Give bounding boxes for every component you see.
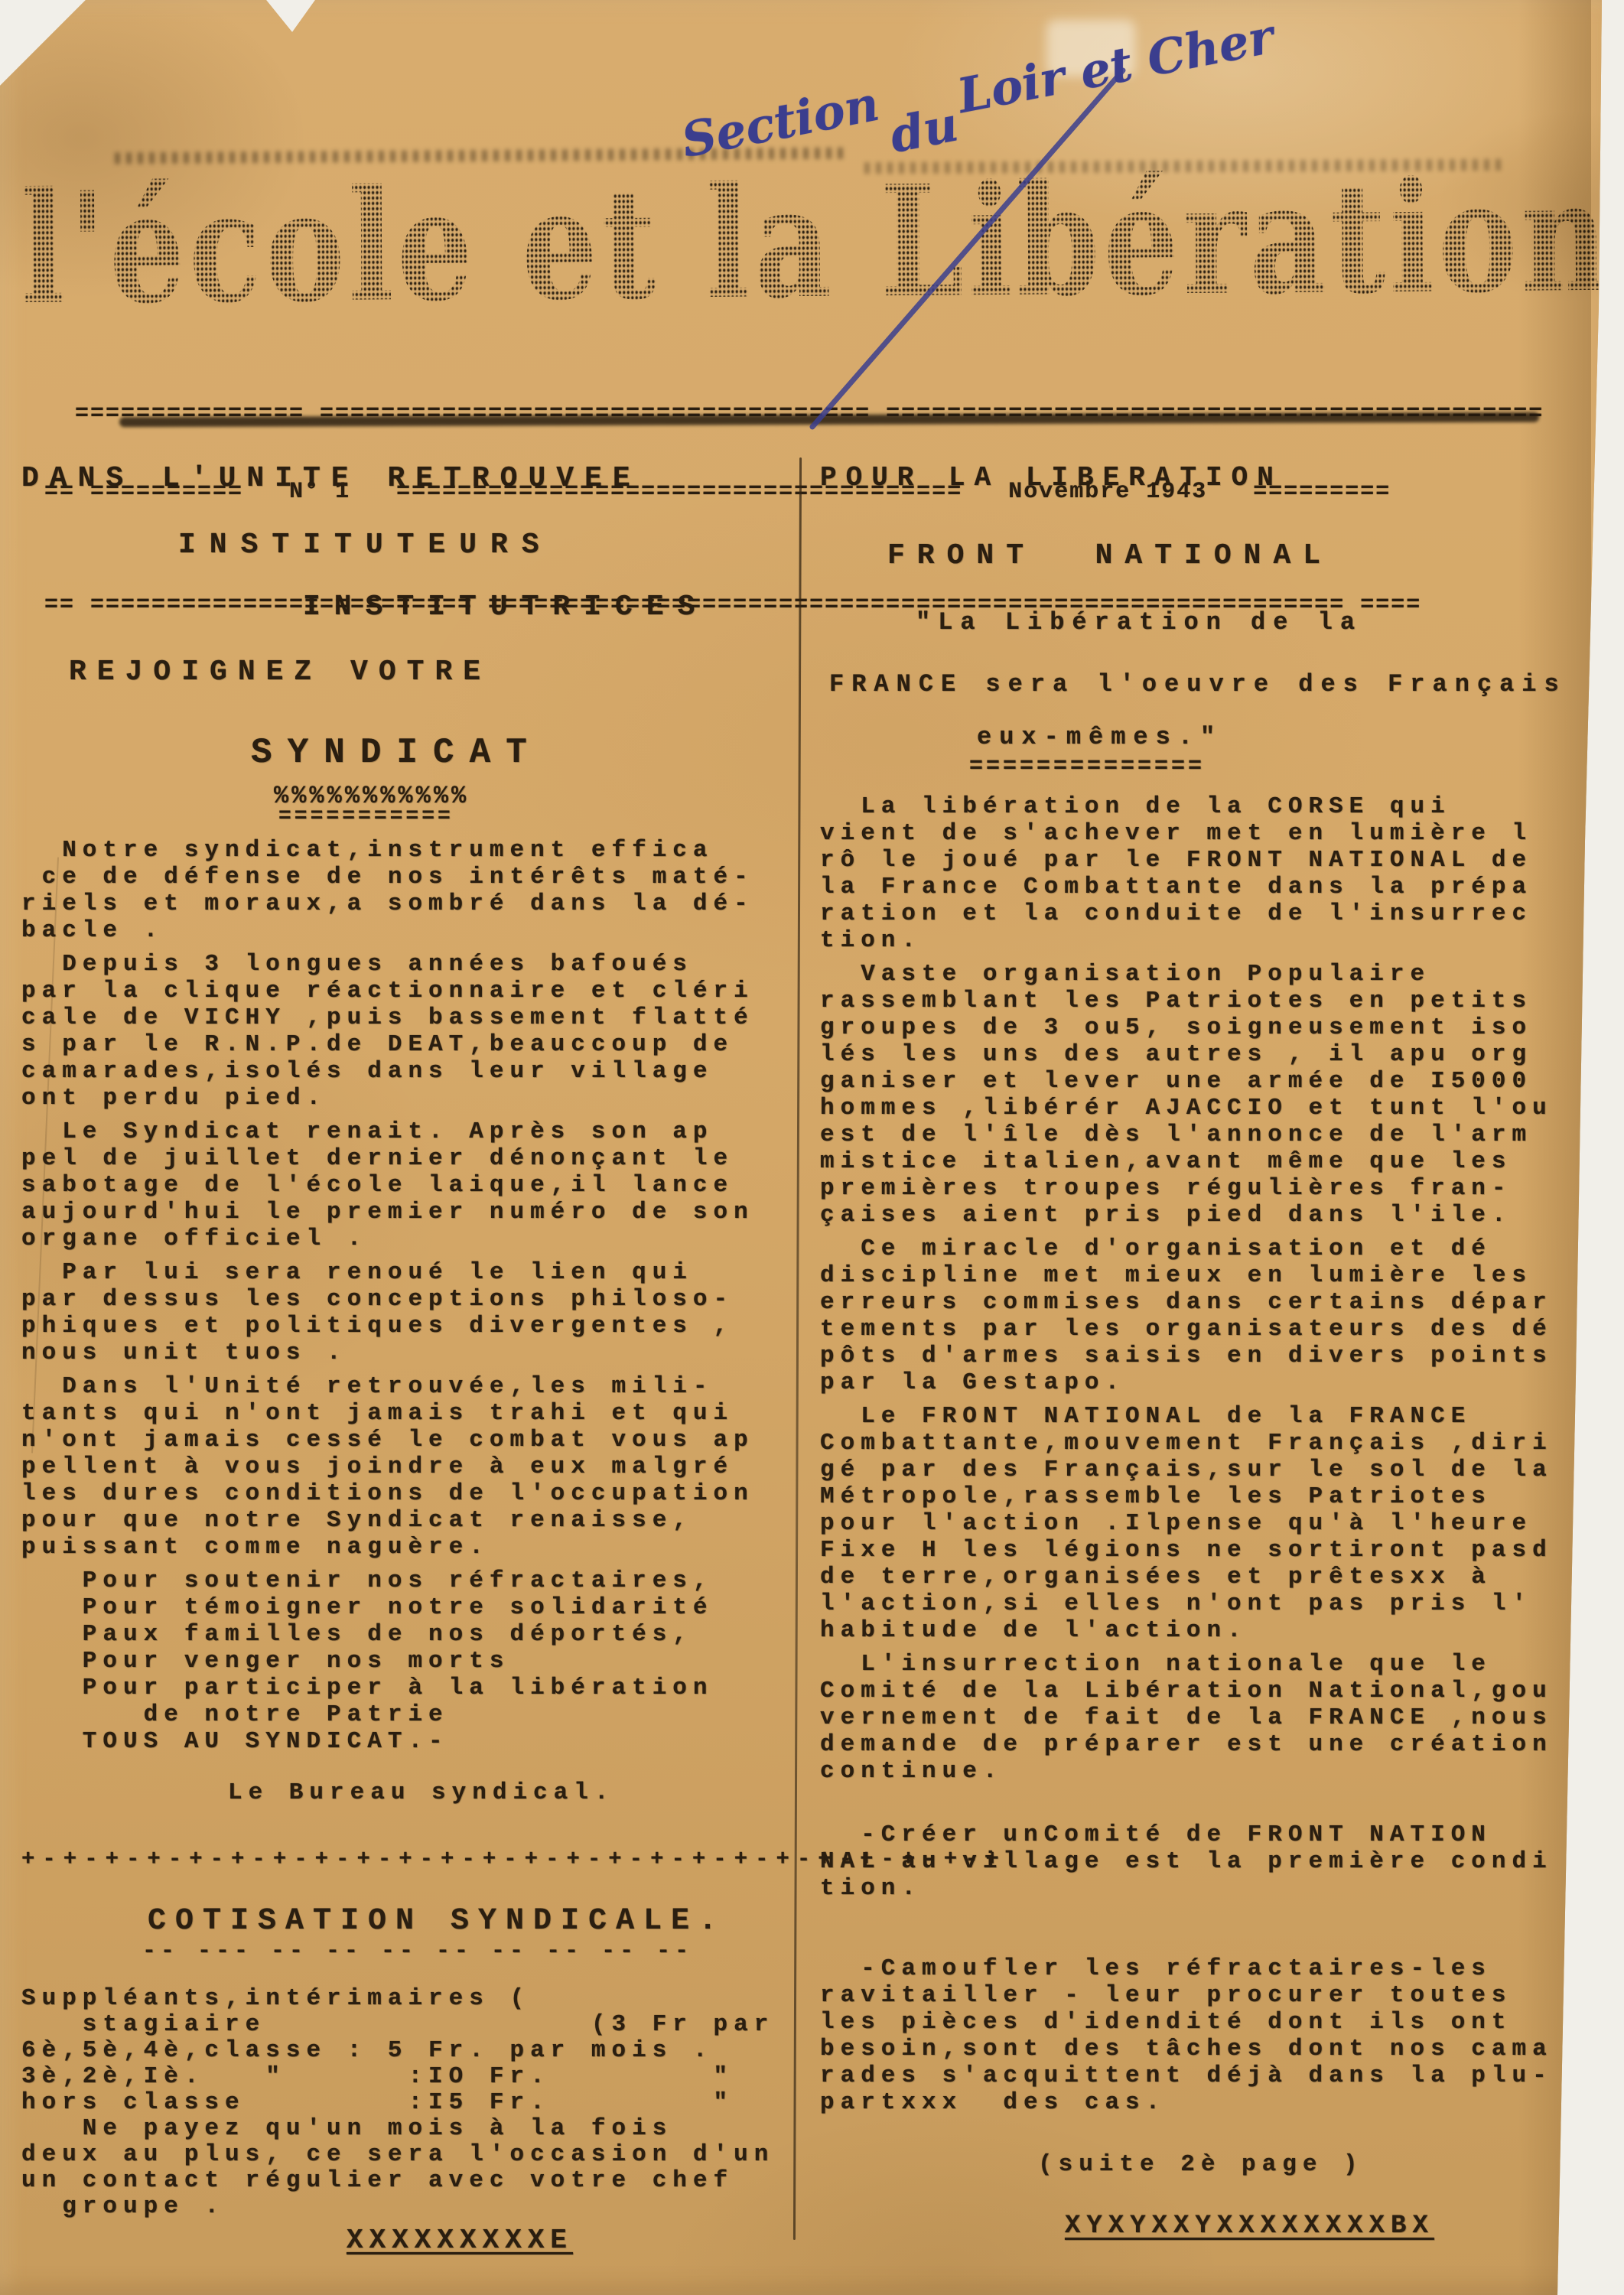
body-paragraph: La libération de la CORSE qui vient de s… [820, 793, 1599, 954]
heading-instituteurs: INSTITUTEURS [21, 532, 792, 558]
left-column: DANS L'UNITE RETROUVEE INSTITUTEURS INST… [21, 463, 792, 2254]
body-paragraph: -Créer unComité de FRONT NATION NAL au v… [820, 1821, 1599, 1902]
annotation-word: du [887, 101, 962, 159]
heading-front-national: FRONT NATIONAL [820, 542, 1599, 569]
body-paragraph: Ce miracle d'organisation et dé discipli… [820, 1235, 1599, 1396]
body-paragraph: Par lui sera renoué le lien qui par dess… [21, 1259, 792, 1366]
section-title-cotisation: COTISATION SYNDICALE. [21, 1905, 792, 1939]
right-column: POUR LA LIBERATION FRONT NATIONAL "La Li… [820, 463, 1599, 2240]
heading-pour-la-liberation: POUR LA LIBERATION [820, 463, 1599, 493]
scan-background: l'école et la Libération ===============… [0, 0, 1624, 2295]
body-paragraph: -Camoufler les réfractaires-les ravitail… [820, 1955, 1599, 2116]
body-paragraph: Vaste organisation Populaire rassemblant… [820, 961, 1599, 1229]
column-divider [793, 457, 802, 2240]
percent-divider-rule: =========== [21, 808, 792, 826]
slogan-list: Pour soutenir nos réfractaires, Pour tém… [21, 1567, 792, 1755]
body-paragraph: Depuis 3 longues années bafoués par la c… [21, 951, 792, 1112]
plus-divider: +-+-+-+-+-+-+-+-+-+-+-+-+-+-+-+-+-+-+-+-… [21, 1846, 792, 1873]
cotisation-underline: -- --- -- -- -- -- -- -- -- -- [21, 1940, 792, 1963]
handwritten-annotation: SectionduLoir et Cher [678, 5, 1275, 164]
masthead-title: l'école et la Libération [20, 148, 1612, 338]
body-paragraph: Dans l'Unité retrouvée,les mili- tants q… [21, 1373, 792, 1561]
heading-institutrices: INSTITUTRICES [21, 594, 792, 620]
signature: Le Bureau syndical. [21, 1779, 792, 1806]
quote-line: "La Libération de la [820, 609, 1599, 636]
heading-syndicat: SYNDICAT [21, 733, 792, 773]
quote-line: eux-mêmes." [820, 724, 1599, 750]
paper-sheet: l'école et la Libération ===============… [0, 0, 1624, 2295]
heading-rejoignez: REJOIGNEZ VOTRE [21, 659, 792, 685]
body-paragraph: Notre syndicat,instrument effica ce de d… [21, 837, 792, 944]
x-row-divider: XXXXXXXXXE [21, 2227, 792, 2254]
x-row-divider: XYXYXXYXXXXXXXXBX [820, 2213, 1599, 2240]
body-paragraph: L'insurrection nationale que le Comité d… [820, 1651, 1599, 1785]
cotisation-table: Suppléants,intérimaires ( stagiaire (3 F… [21, 1986, 792, 2220]
body-paragraph: Le Syndicat renait. Après son ap pel de … [21, 1118, 792, 1252]
quote-rule: ============== [820, 755, 1599, 778]
heading-unite-retrouvee: DANS L'UNITE RETROUVEE [21, 463, 792, 495]
continuation-note: (suite 2è page ) [820, 2151, 1599, 2178]
quote-line: FRANCE sera l'oeuvre des Français [820, 671, 1599, 698]
body-paragraph: Le FRONT NATIONAL de la FRANCE Combattan… [820, 1403, 1599, 1644]
